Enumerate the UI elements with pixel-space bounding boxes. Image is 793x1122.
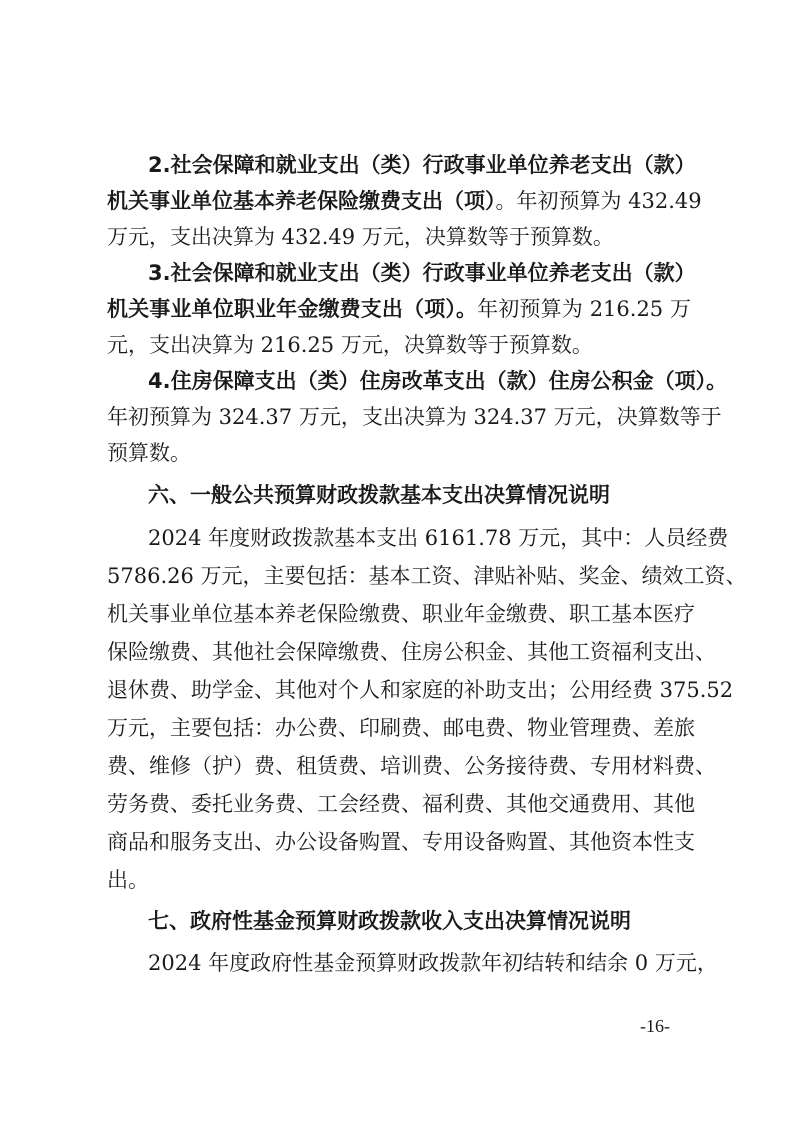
section-6-line-8: 劳务费、委托业务费、工会经费、福利费、其他交通费用、其他 xyxy=(107,789,691,819)
document-page: 2.社会保障和就业支出（类）行政事业单位养老支出（款） 机关事业单位基本养老保险… xyxy=(0,0,793,1122)
section-6-line-6: 万元，主要包括：办公费、印刷费、邮电费、物业管理费、差旅 xyxy=(107,713,691,743)
section-7-heading: 七、政府性基金预算财政拨款收入支出决算情况说明 xyxy=(148,906,691,936)
item-2-line-1: 2.社会保障和就业支出（类）行政事业单位养老支出（款） xyxy=(148,150,691,180)
section-7-line-1: 2024 年度政府性基金预算财政拨款年初结转和结余 0 万元， xyxy=(148,948,691,978)
item-3-title-part2: 机关事业单位职业年金缴费支出（项）。 xyxy=(107,297,477,321)
item-2-line-3: 万元，支出决算为 432.49 万元，决算数等于预算数。 xyxy=(107,222,691,252)
item-4-final-text: 预算数。 xyxy=(107,441,191,465)
item-4-line-2: 年初预算为 324.37 万元，支出决算为 324.37 万元，决算数等于 xyxy=(107,402,691,432)
item-3-line-1: 3.社会保障和就业支出（类）行政事业单位养老支出（款） xyxy=(148,258,691,288)
section-6-line-4: 保险缴费、其他社会保障缴费、住房公积金、其他工资福利支出、 xyxy=(107,637,691,667)
section-6-line-5: 退休费、助学金、其他对个人和家庭的补助支出；公用经费 375.52 xyxy=(107,675,691,705)
item-2-line-2: 机关事业单位基本养老保险缴费支出（项）。年初预算为 432.49 xyxy=(107,186,691,216)
section-6-line-1: 2024 年度财政拨款基本支出 6161.78 万元，其中：人员经费 xyxy=(148,523,691,553)
section-6-line-2: 5786.26 万元，主要包括：基本工资、津贴补贴、奖金、绩效工资、 xyxy=(107,561,691,591)
item-2-final-text: 万元，支出决算为 432.49 万元，决算数等于预算数。 xyxy=(107,225,614,249)
item-3-line-2: 机关事业单位职业年金缴费支出（项）。年初预算为 216.25 万 xyxy=(107,294,691,324)
page-number: -16- xyxy=(640,1016,670,1037)
item-2-title-part2: 机关事业单位基本养老保险缴费支出（项） xyxy=(107,189,496,213)
item-3-line-3: 元，支出决算为 216.25 万元，决算数等于预算数。 xyxy=(107,330,691,360)
section-6-heading: 六、一般公共预算财政拨款基本支出决算情况说明 xyxy=(148,480,691,510)
section-6-line-10: 出。 xyxy=(107,865,691,895)
item-2-title-part1: 2.社会保障和就业支出（类）行政事业单位养老支出（款） xyxy=(148,153,696,177)
section-6-line-9: 商品和服务支出、办公设备购置、专用设备购置、其他资本性支 xyxy=(107,827,691,857)
item-4-line-3: 预算数。 xyxy=(107,438,691,468)
section-6-line-3: 机关事业单位基本养老保险缴费、职业年金缴费、职工基本医疗 xyxy=(107,599,691,629)
item-3-title-part1: 3.社会保障和就业支出（类）行政事业单位养老支出（款） xyxy=(148,261,696,285)
item-2-budget-text: 。年初预算为 432.49 xyxy=(496,189,702,213)
item-3-final-text: 元，支出决算为 216.25 万元，决算数等于预算数。 xyxy=(107,333,593,357)
item-4-line-1: 4.住房保障支出（类）住房改革支出（款）住房公积金（项）。 xyxy=(148,366,691,396)
item-4-title: 4.住房保障支出（类）住房改革支出（款）住房公积金（项）。 xyxy=(148,369,727,393)
section-6-line-7: 费、维修（护）费、租赁费、培训费、公务接待费、专用材料费、 xyxy=(107,751,691,781)
item-4-budget-text: 年初预算为 324.37 万元，支出决算为 324.37 万元，决算数等于 xyxy=(107,405,722,429)
item-3-budget-text: 年初预算为 216.25 万 xyxy=(477,297,691,321)
